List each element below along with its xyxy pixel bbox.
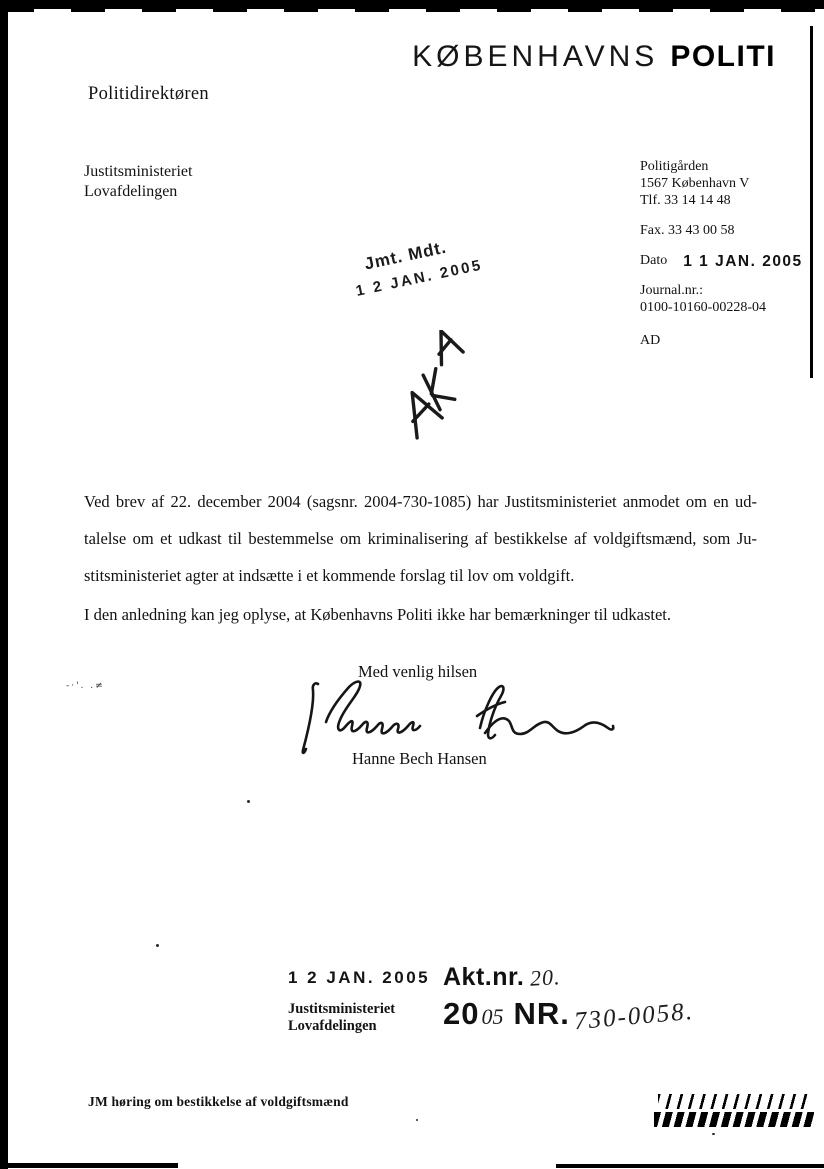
journal-number: 0100-10160-00228-04 — [640, 299, 810, 316]
nr-handwritten-value: 730-0058. — [573, 998, 695, 1036]
sender-address-line1: Politigården — [640, 158, 810, 175]
body-line: talelse om et udkast til bestemmelse om … — [84, 520, 757, 557]
journal-stamp-org: Justitsministeriet Lovafdelingen — [288, 1001, 430, 1035]
scan-smudge-mark: -·'. .≠ — [66, 681, 132, 689]
nr-label: NR. — [513, 996, 569, 1032]
scan-artifact-left-band — [0, 0, 8, 1169]
logo-politi-text: POLITI — [670, 40, 776, 73]
akt-nr-label: Akt.nr. — [443, 963, 524, 992]
year-handwritten: 05 — [481, 1004, 503, 1030]
scan-speck — [712, 1133, 715, 1135]
signer-name: Hanne Bech Hansen — [352, 749, 487, 769]
filing-stamp-nr-row: 20 05 NR. 730-0058. — [443, 996, 694, 1032]
sender-title: Politidirektøren — [88, 84, 209, 105]
logo-city-text: KØBENHAVNS — [412, 40, 658, 73]
scan-speck — [416, 1119, 418, 1121]
recipient-address: Justitsministeriet Lovafdelingen — [84, 162, 192, 201]
date-stamp: 1 1 JAN. 2005 — [683, 253, 802, 270]
akt-nr-handwritten-value: 20. — [530, 964, 562, 992]
scan-artifact-top-bar — [0, 0, 824, 9]
journal-stamp-date: 1 2 JAN. 2005 — [288, 968, 430, 988]
recipient-line1: Justitsministeriet — [84, 162, 192, 182]
spacer — [640, 209, 810, 222]
hatch-marks-thin-row — [658, 1094, 810, 1109]
ministry-received-stamp: Jmt. Mdt. 1 2 JAN. 2005 — [349, 231, 484, 300]
scan-artifact-bottom-line-left — [0, 1163, 178, 1168]
sender-address-line2: 1567 København V — [640, 175, 810, 192]
ministry-journal-stamp: 1 2 JAN. 2005 Justitsministeriet Lovafde… — [288, 968, 430, 1035]
journal-stamp-org-line1: Justitsministeriet — [288, 1001, 430, 1018]
signature-strokes — [296, 676, 620, 760]
sender-info-block: Politigården 1567 København V Tlf. 33 14… — [640, 158, 810, 349]
filing-stamp: Akt.nr. 20. 20 05 NR. 730-0058. — [443, 963, 694, 1032]
recipient-line2: Lovafdelingen — [84, 182, 192, 202]
sender-fax: Fax. 33 43 00 58 — [640, 222, 810, 239]
body-line: stitsministeriet agter at indsætte i et … — [84, 557, 757, 594]
scanned-letter-page: -·'. .≠ KØBENHAVNSPOLITI Politidirektøre… — [0, 0, 824, 1169]
filing-stamp-akt-row: Akt.nr. 20. — [443, 963, 694, 992]
handwritten-initials-mark: AKA — [372, 330, 492, 447]
journal-label: Journal.nr.: — [640, 282, 810, 299]
handwriting-strokes — [372, 330, 492, 442]
scan-artifact-right-line — [810, 26, 813, 378]
scan-artifact-bottom-line-right — [556, 1164, 824, 1168]
hatch-marks-thick-row — [654, 1112, 814, 1127]
body-line: Ved brev af 22. december 2004 (sagsnr. 2… — [84, 483, 757, 520]
scan-speck — [156, 944, 159, 947]
scan-speck — [247, 800, 250, 803]
body-paragraph-1: Ved brev af 22. december 2004 (sagsnr. 2… — [84, 483, 757, 594]
body-paragraph-2: I den anledning kan jeg oplyse, at Køben… — [84, 603, 774, 627]
date-row: Dato 1 1 JAN. 2005 — [640, 252, 810, 270]
clerk-initials: AD — [640, 332, 810, 349]
footer-subject-note: JM høring om bestikkelse af voldgiftsmæn… — [88, 1094, 349, 1110]
scan-artifact-top-rough-edge — [0, 9, 824, 12]
sender-phone: Tlf. 33 14 14 48 — [640, 192, 810, 209]
copenhagen-police-logo: KØBENHAVNSPOLITI — [412, 42, 776, 72]
year-stamp: 20 — [443, 996, 479, 1032]
journal-stamp-org-line2: Lovafdelingen — [288, 1018, 430, 1035]
date-label: Dato — [640, 252, 667, 269]
